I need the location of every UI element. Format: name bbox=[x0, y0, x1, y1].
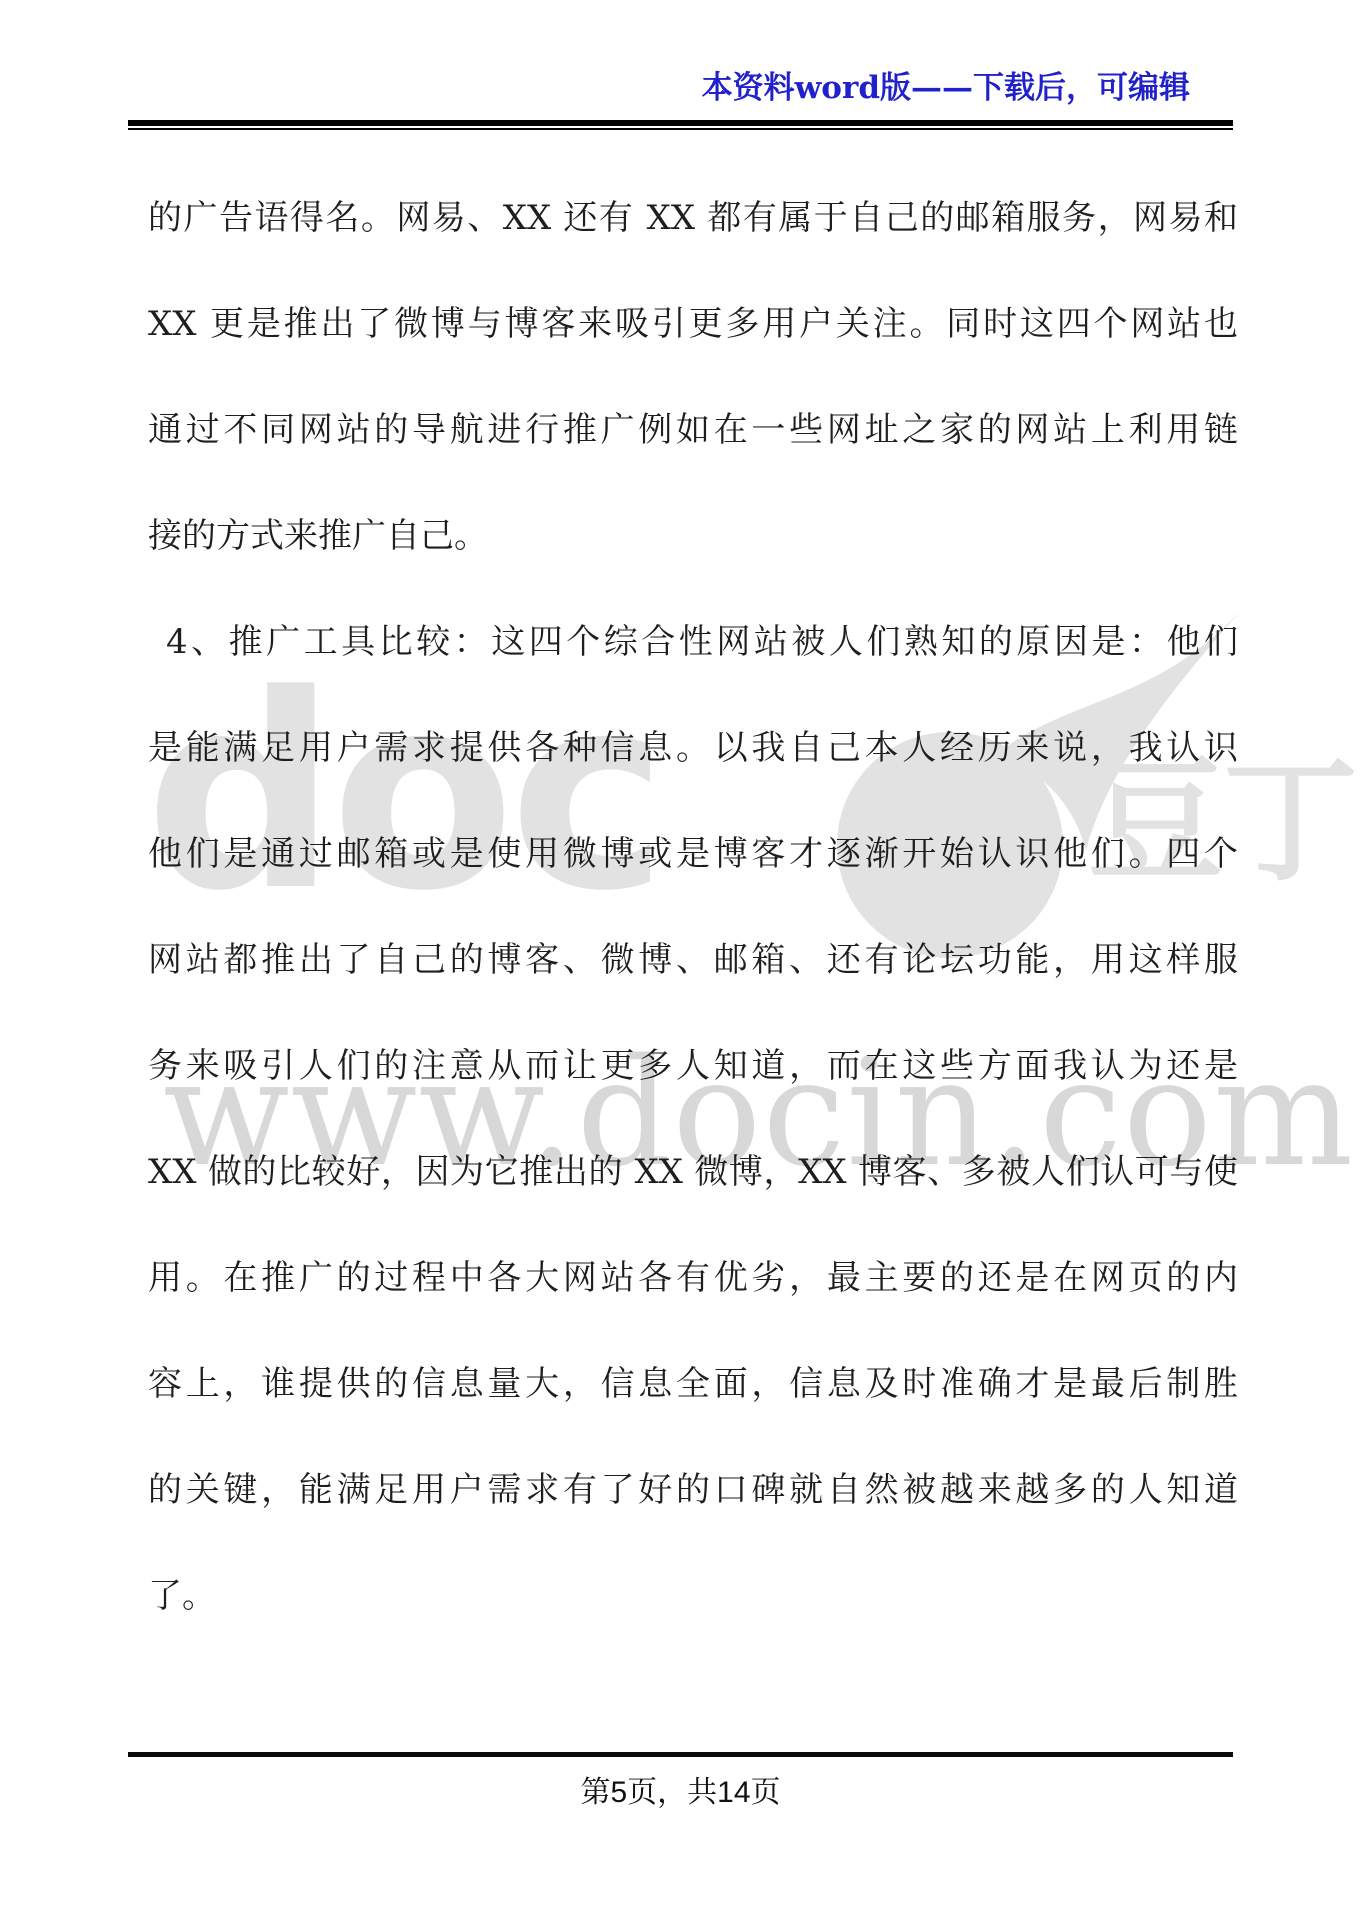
footer-page-number: 第5页，共14页 bbox=[128, 1773, 1233, 1813]
document-page: doc 豆丁 www.docin.com 本资料word版——下载后，可编辑 的… bbox=[0, 0, 1360, 1924]
header-rule bbox=[128, 120, 1233, 130]
body-line-14: 了。 bbox=[148, 1543, 1238, 1649]
body-line-8: 网站都推出了自己的博客、微博、邮箱、还有论坛功能，用这样服 bbox=[148, 907, 1238, 1013]
body-line-13: 的关键，能满足用户需求有了好的口碑就自然被越来越多的人知道 bbox=[148, 1437, 1238, 1543]
body-line-2: XX 更是推出了微博与博客来吸引更多用户关注。同时这四个网站也 bbox=[148, 271, 1238, 377]
body-line-12: 容上，谁提供的信息量大，信息全面，信息及时准确才是最后制胜 bbox=[148, 1331, 1238, 1437]
body-line-7: 他们是通过邮箱或是使用微博或是博客才逐渐开始认识他们。四个 bbox=[148, 801, 1238, 907]
body-line-11: 用。在推广的过程中各大网站各有优劣，最主要的还是在网页的内 bbox=[148, 1225, 1238, 1331]
document-body: 的广告语得名。网易、XX 还有 XX 都有属于自己的邮箱服务，网易和 XX 更是… bbox=[148, 165, 1238, 1649]
footer-rule bbox=[128, 1752, 1233, 1757]
body-line-5: 4、推广工具比较：这四个综合性网站被人们熟知的原因是：他们 bbox=[148, 589, 1238, 695]
body-line-10: XX 做的比较好，因为它推出的 XX 微博，XX 博客、多被人们认可与使 bbox=[148, 1119, 1238, 1225]
body-line-4: 接的方式来推广自己。 bbox=[148, 483, 1238, 589]
body-line-6: 是能满足用户需求提供各种信息。以我自己本人经历来说，我认识 bbox=[148, 695, 1238, 801]
header-notice: 本资料word版——下载后，可编辑 bbox=[702, 70, 1190, 106]
body-line-1: 的广告语得名。网易、XX 还有 XX 都有属于自己的邮箱服务，网易和 bbox=[148, 165, 1238, 271]
body-line-3: 通过不同网站的导航进行推广例如在一些网址之家的网站上利用链 bbox=[148, 377, 1238, 483]
body-line-9: 务来吸引人们的注意从而让更多人知道，而在这些方面我认为还是 bbox=[148, 1013, 1238, 1119]
